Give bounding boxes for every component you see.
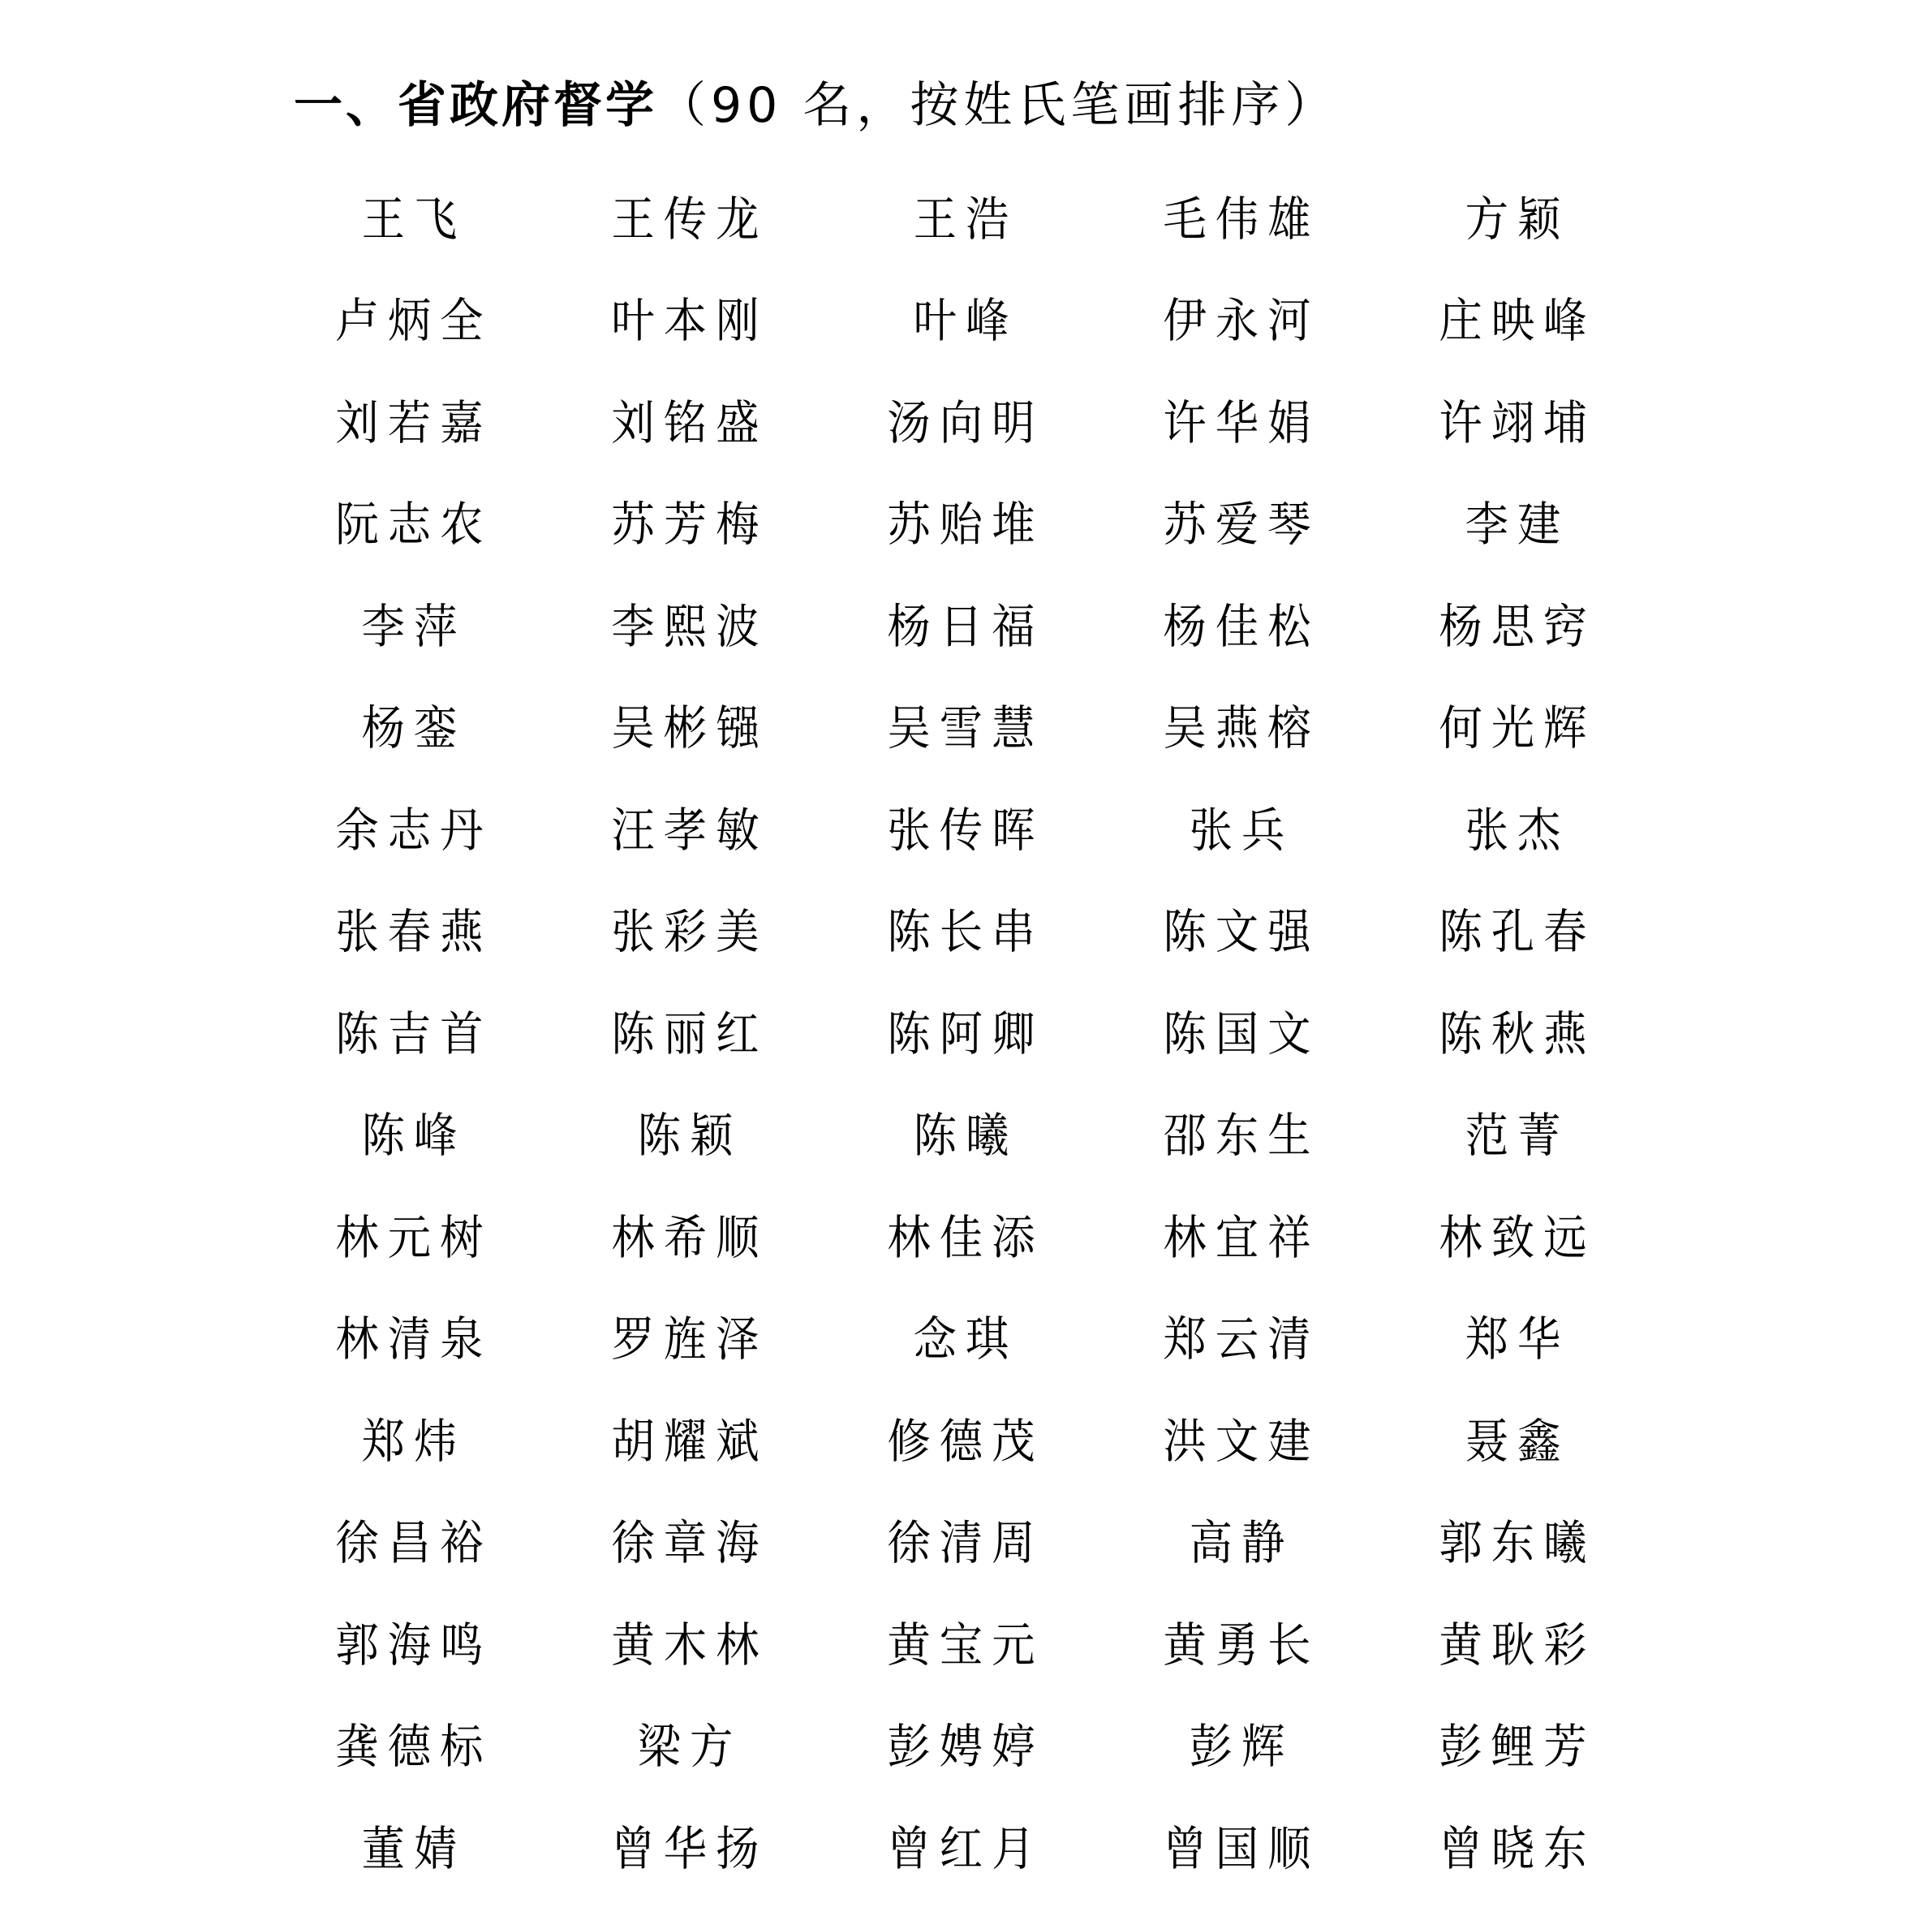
name-entry: 许翊埔 xyxy=(1391,368,1645,470)
name-entry: 叶本刚 xyxy=(563,266,817,368)
name-entry: 黄宝元 xyxy=(839,1590,1093,1692)
name-entry: 叶峰 xyxy=(839,266,1093,368)
name-entry: 刘若嘉 xyxy=(287,368,541,470)
name-entry: 吴燕榕 xyxy=(1115,674,1369,776)
name-entry: 吴雪慧 xyxy=(839,674,1093,776)
name-entry: 黄木林 xyxy=(563,1590,817,1692)
name-entry: 林希顺 xyxy=(563,1182,817,1285)
name-entry: 庄映峰 xyxy=(1391,266,1645,368)
name-entry: 陈吉首 xyxy=(287,979,541,1081)
name-entry: 罗旌泽 xyxy=(563,1285,817,1387)
name-entry: 林清泉 xyxy=(287,1285,541,1387)
name-entry: 董婧 xyxy=(287,1794,541,1896)
name-entry: 余志丹 xyxy=(287,775,541,877)
name-entry: 张彩美 xyxy=(563,877,817,980)
name-entry: 李熙波 xyxy=(563,571,817,674)
name-entry: 陈文强 xyxy=(1115,877,1369,980)
name-entry: 张传晖 xyxy=(839,775,1093,877)
name-entry: 修德茂 xyxy=(839,1386,1093,1488)
names-grid: 王飞王传龙王浩毛伟雄方颖卢炳全叶本刚叶峰伊永河庄映峰刘若嘉刘铭盛汤向明许华娟许翊… xyxy=(276,164,1655,1896)
name-entry: 林致远 xyxy=(1391,1182,1645,1285)
name-entry: 陈长串 xyxy=(839,877,1093,980)
name-entry: 徐章海 xyxy=(563,1488,817,1591)
name-entry: 陈颖 xyxy=(563,1081,817,1183)
name-entry: 聂鑫 xyxy=(1391,1386,1645,1488)
name-entry: 陈孔春 xyxy=(1391,877,1645,980)
name-entry: 陈秋燕 xyxy=(1391,979,1645,1081)
name-entry: 高静 xyxy=(1115,1488,1369,1591)
name-entry: 李建 xyxy=(1391,470,1645,572)
name-entry: 苏贻堆 xyxy=(839,470,1093,572)
name-entry: 张杰 xyxy=(1391,775,1645,877)
name-entry: 梁方 xyxy=(563,1692,817,1794)
name-entry: 陈丽红 xyxy=(563,979,817,1081)
name-entry: 苏爱琴 xyxy=(1115,470,1369,572)
name-entry: 曾晓东 xyxy=(1391,1794,1645,1896)
name-entry: 黄耿彩 xyxy=(1391,1590,1645,1692)
name-entry: 黄勇长 xyxy=(1115,1590,1369,1692)
section-title-main: 一、省政府督学 xyxy=(294,77,657,134)
name-entry: 毛伟雄 xyxy=(1115,164,1369,266)
name-entry: 王飞 xyxy=(287,164,541,266)
name-entry: 郭海鸣 xyxy=(287,1590,541,1692)
name-entry: 徐清周 xyxy=(839,1488,1093,1591)
name-entry: 陈峰 xyxy=(287,1081,541,1183)
name-entry: 杨思窍 xyxy=(1391,571,1645,674)
name-entry: 吴彬镪 xyxy=(563,674,817,776)
name-entry: 张兵 xyxy=(1115,775,1369,877)
name-entry: 彭辉 xyxy=(1115,1692,1369,1794)
name-entry: 彭鲤芳 xyxy=(1391,1692,1645,1794)
name-entry: 杨佳松 xyxy=(1115,571,1369,674)
name-entry: 张春燕 xyxy=(287,877,541,980)
name-entry: 林佳添 xyxy=(839,1182,1093,1285)
name-entry: 陈曦 xyxy=(839,1081,1093,1183)
name-entry: 汪孝敏 xyxy=(563,775,817,877)
name-entry: 徐昌裕 xyxy=(287,1488,541,1591)
name-entry: 陈国文 xyxy=(1115,979,1369,1081)
name-entry: 念琪 xyxy=(839,1285,1093,1387)
name-entry: 胡耀斌 xyxy=(563,1386,817,1488)
name-entry: 郑云清 xyxy=(1115,1285,1369,1387)
name-entry: 许华娟 xyxy=(1115,368,1369,470)
name-entry: 郑炜 xyxy=(287,1386,541,1488)
name-entry: 曾华扬 xyxy=(563,1794,817,1896)
section-title: 一、省政府督学（90 名，按姓氏笔画排序） xyxy=(294,67,1338,144)
name-entry: 曾国顺 xyxy=(1115,1794,1369,1896)
name-entry: 范菁 xyxy=(1391,1081,1645,1183)
name-entry: 龚德标 xyxy=(287,1692,541,1794)
name-entry: 郭东曦 xyxy=(1391,1488,1645,1591)
name-entry: 李萍 xyxy=(287,571,541,674)
name-entry: 杨銮 xyxy=(287,674,541,776)
name-entry: 杨日福 xyxy=(839,571,1093,674)
name-entry: 洪文建 xyxy=(1115,1386,1369,1488)
name-entry: 刘铭盛 xyxy=(563,368,817,470)
name-entry: 阮志农 xyxy=(287,470,541,572)
name-entry: 郑华 xyxy=(1391,1285,1645,1387)
name-entry: 卢炳全 xyxy=(287,266,541,368)
name-entry: 林宜祥 xyxy=(1115,1182,1369,1285)
name-entry: 王浩 xyxy=(839,164,1093,266)
name-entry: 曾红月 xyxy=(839,1794,1093,1896)
name-entry: 王传龙 xyxy=(563,164,817,266)
name-entry: 林元树 xyxy=(287,1182,541,1285)
name-entry: 彭娉婷 xyxy=(839,1692,1093,1794)
name-entry: 方颖 xyxy=(1391,164,1645,266)
name-entry: 陈阿卿 xyxy=(839,979,1093,1081)
name-entry: 伊永河 xyxy=(1115,266,1369,368)
name-entry: 邵东生 xyxy=(1115,1081,1369,1183)
section-title-subtitle: （90 名，按姓氏笔画排序） xyxy=(657,77,1338,134)
name-entry: 苏芳梅 xyxy=(563,470,817,572)
name-entry: 汤向明 xyxy=(839,368,1093,470)
name-entry: 何光辉 xyxy=(1391,674,1645,776)
